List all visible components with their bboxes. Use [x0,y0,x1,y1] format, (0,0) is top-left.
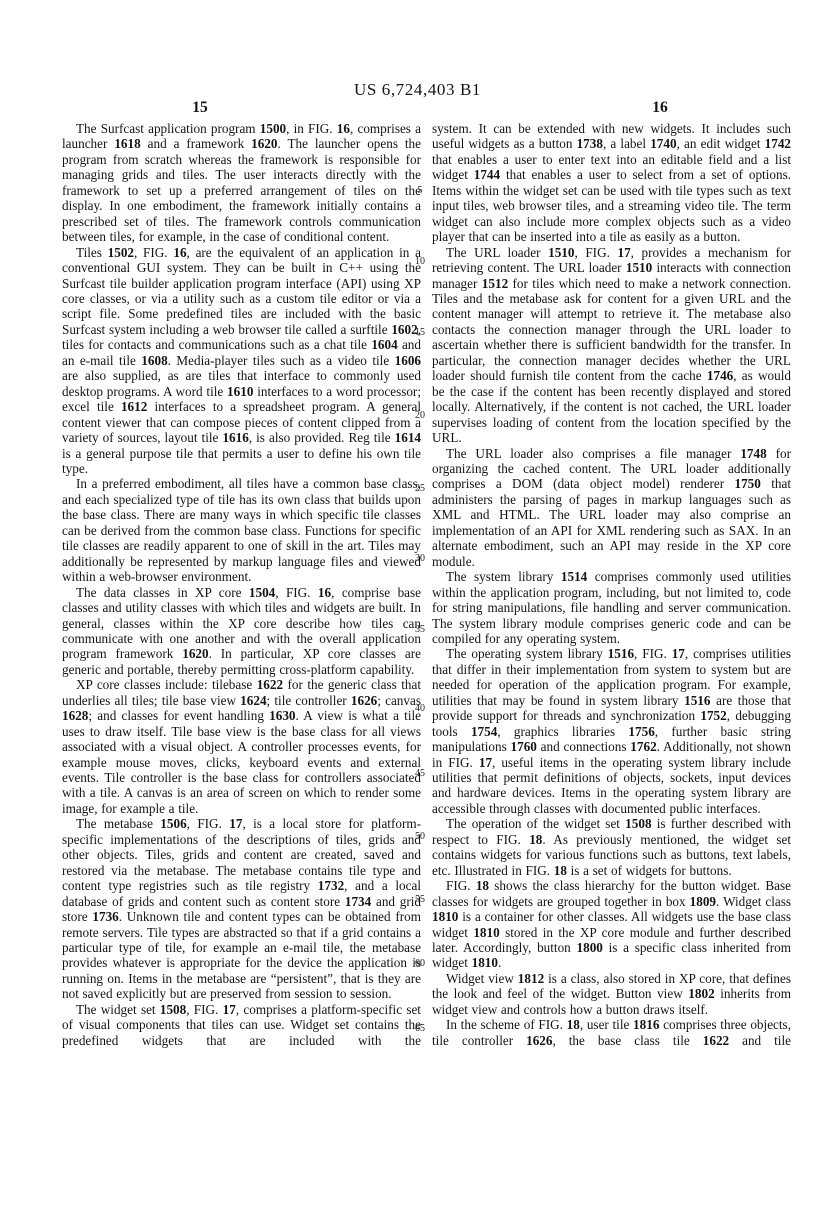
paragraph: Tiles 1502, FIG. 16, are the equivalent … [62,245,421,477]
paragraph: XP core classes include: tilebase 1622 f… [62,677,421,816]
paragraph: The system library 1514 comprises common… [432,569,791,646]
paragraph: FIG. 18 shows the class hierarchy for th… [432,878,791,971]
paragraph: In the scheme of FIG. 18, user tile 1816… [432,1017,791,1048]
patent-page: US 6,724,403 B1 15 16 The Surfcast appli… [0,0,835,1227]
paragraph: The widget set 1508, FIG. 17, comprises … [62,1002,421,1048]
paragraph: system. It can be extended with new widg… [432,121,791,245]
paragraph: The operating system library 1516, FIG. … [432,646,791,816]
patent-number-header: US 6,724,403 B1 [0,80,835,100]
left-column: The Surfcast application program 1500, i… [62,121,421,1048]
paragraph: The metabase 1506, FIG. 17, is a local s… [62,816,421,1001]
right-column-number: 16 [628,99,692,117]
paragraph: In a preferred embodiment, all tiles hav… [62,476,421,584]
paragraph: The Surfcast application program 1500, i… [62,121,421,245]
paragraph: The operation of the widget set 1508 is … [432,816,791,878]
right-column: system. It can be extended with new widg… [432,121,791,1048]
paragraph: The data classes in XP core 1504, FIG. 1… [62,585,421,678]
paragraph: The URL loader also comprises a file man… [432,446,791,570]
paragraph: Widget view 1812 is a class, also stored… [432,971,791,1017]
left-column-number: 15 [168,99,232,117]
paragraph: The URL loader 1510, FIG. 17, provides a… [432,245,791,446]
